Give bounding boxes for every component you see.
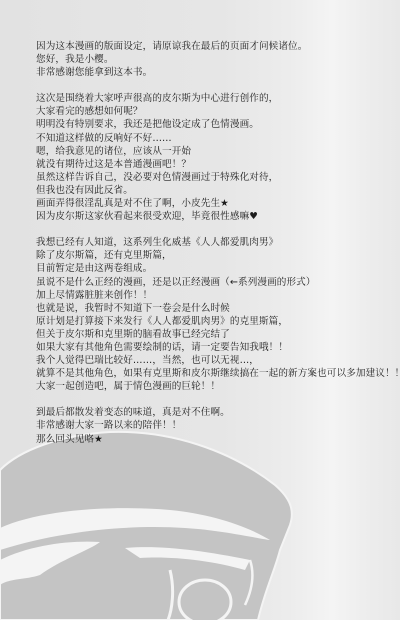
text-line: 虽然这样告诉自己，没必要对色情漫画过于特殊化对待，	[36, 171, 366, 184]
text-line: 大家一起创造吧，属于情色漫画的巨轮！！	[36, 380, 366, 393]
afterword-text: 因为这本漫画的版面设定，请原谅我在最后的页面才问候诸位。 您好，我是小樱。 非常…	[36, 40, 366, 459]
text-line: 大家看完的感想如何呢？	[36, 105, 366, 118]
text-line: 您好，我是小樱。	[36, 53, 366, 66]
paragraph-about-piers: 这次是围绕着大家呼声很高的皮尔斯为中心进行创作的， 大家看完的感想如何呢？ 明明…	[36, 92, 366, 223]
text-line: 就没有期待过这是本普通漫画吧！？	[36, 158, 366, 171]
paragraph-greeting: 因为这本漫画的版面设定，请原谅我在最后的页面才问候诸位。 您好，我是小樱。 非常…	[36, 40, 366, 79]
text-line: 嗯，给我意见的诸位，应该从一开始	[36, 145, 366, 158]
text-line: 但我也没有因此反省。	[36, 184, 366, 197]
text-line: 那么回头见咯★	[36, 433, 366, 446]
paragraph-series-info: 我想已经有人知道，这系列生化威基《人人都爱肌肉男》 除了皮尔斯篇，还有克里斯篇，…	[36, 236, 366, 393]
text-line: 不知道这样做的反响好不好……	[36, 132, 366, 145]
text-line: 明明没有特别要求，我还是把他设定成了色情漫画。	[36, 118, 366, 131]
text-line: 但关于皮尔斯和克里斯的脑看故事已经完结了	[36, 328, 366, 341]
text-line: 我个人觉得巴瑞比较好……，当然，也可以无视…，	[36, 354, 366, 367]
text-line: 加上尽情露脏脏来创作！！	[36, 289, 366, 302]
text-line: 就算不是其他角色，如果有克里斯和皮尔斯继续搞在一起的新方案也可以多加建议！！	[36, 367, 366, 380]
text-line: 非常感谢大家一路以来的陪伴！！	[36, 419, 366, 432]
text-line: 我想已经有人知道，这系列生化威基《人人都爱肌肉男》	[36, 236, 366, 249]
text-line: 画面弄得很淫乱真是对不住了啊，小皮先生★	[36, 197, 366, 210]
text-line: 除了皮尔斯篇，还有克里斯篇，	[36, 249, 366, 262]
text-line: 因为皮尔斯这家伙看起来很受欢迎，毕竟很性感嘛♥	[36, 210, 366, 223]
text-line: 虽说不是什么正经的漫画，还是以正经漫画（←系列漫画的形式）	[36, 276, 366, 289]
text-line: 因为这本漫画的版面设定，请原谅我在最后的页面才问候诸位。	[36, 40, 366, 53]
paragraph-closing: 到最后都散发着变态的味道，真是对不住啊。 非常感谢大家一路以来的陪伴！！ 那么回…	[36, 406, 366, 445]
manga-afterword-page: 因为这本漫画的版面设定，请原谅我在最后的页面才问候诸位。 您好，我是小樱。 非常…	[0, 0, 400, 620]
text-line: 原计划是打算接下来发行《人人都爱肌肉男》的克里斯篇，	[36, 315, 366, 328]
text-line: 到最后都散发着变态的味道，真是对不住啊。	[36, 406, 366, 419]
text-line: 目前暂定是由这两卷组成。	[36, 262, 366, 275]
text-line: 非常感谢您能拿到这本书。	[36, 66, 366, 79]
text-line: 也就是说，我暂时不知道下一卷会是什么时候	[36, 302, 366, 315]
text-line: 如果大家有其他角色需要绘制的话，请一定要告知我哦！！	[36, 341, 366, 354]
text-line: 这次是围绕着大家呼声很高的皮尔斯为中心进行创作的，	[36, 92, 366, 105]
